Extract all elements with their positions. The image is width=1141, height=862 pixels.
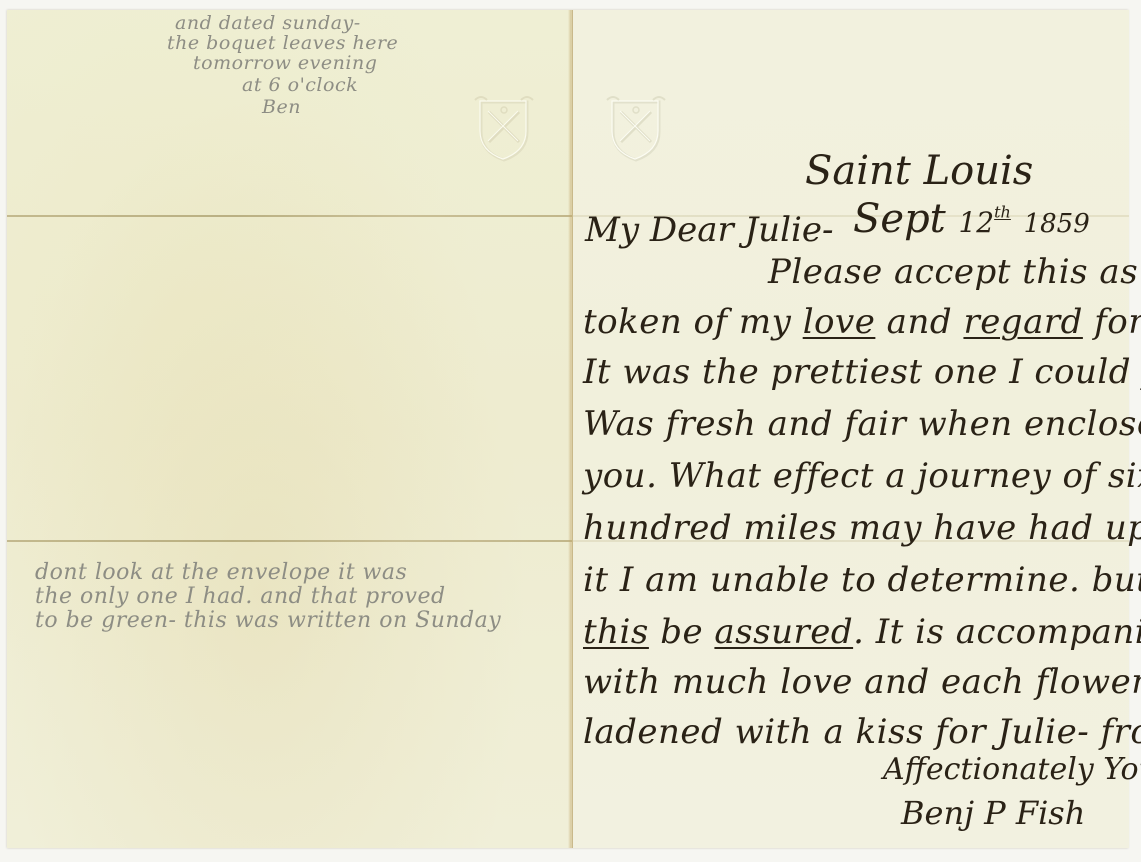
- letter-place: Saint Louis: [805, 148, 1033, 194]
- date-month: Sept: [853, 196, 946, 242]
- left-page: and dated sunday- the boquet leaves here…: [7, 10, 572, 848]
- pencil-note-line: the boquet leaves here: [167, 32, 398, 54]
- body-text: hundred miles may have had upon: [583, 508, 1141, 548]
- pencil-note-line: dont look at the envelope it was: [35, 560, 407, 585]
- underlined-word: this: [583, 612, 649, 652]
- right-page: Saint Louis My Dear Julie- Sept 12th 185…: [572, 10, 1129, 848]
- letter-salutation: My Dear Julie-: [585, 210, 833, 250]
- body-text: for you.: [1083, 302, 1141, 342]
- letter-date: Sept 12th 1859: [853, 196, 1090, 242]
- letter-body-line: Please accept this as a: [768, 252, 1141, 292]
- pencil-note-line: tomorrow evening: [193, 52, 377, 74]
- embossed-crest-icon: [473, 94, 535, 164]
- body-text: Was fresh and fair when enclosed to: [583, 404, 1141, 444]
- body-text: and: [875, 302, 963, 342]
- body-text: be: [649, 612, 715, 652]
- pencil-note-line: and dated sunday-: [175, 12, 361, 34]
- letter-body-line: hundred miles may have had upon: [583, 508, 1141, 548]
- body-text: . It is accompanied: [853, 612, 1141, 652]
- underlined-word: love: [803, 302, 876, 342]
- pencil-note-line: at 6 o'clock: [242, 74, 358, 96]
- fold-line: [7, 215, 572, 217]
- letter-body-line: token of my love and regard for you.: [583, 302, 1141, 342]
- letter-sheet: and dated sunday- the boquet leaves here…: [7, 10, 1128, 848]
- body-text: it I am unable to determine. but of: [583, 560, 1141, 600]
- letter-body-line: It was the prettiest one I could find: [583, 352, 1141, 392]
- letter-body-line: with much love and each flower is: [583, 662, 1141, 702]
- pencil-note-signature: Ben: [262, 96, 301, 118]
- body-text: you. What effect a journey of six: [583, 456, 1141, 496]
- letter-body-line: it I am unable to determine. but of: [583, 560, 1141, 600]
- letter-closing: Affectionately Yours: [883, 752, 1141, 787]
- letter-body-line: ladened with a kiss for Julie- from: [583, 712, 1141, 752]
- date-year: 1859: [1024, 209, 1090, 239]
- body-text: Please accept this as a: [768, 252, 1141, 292]
- pencil-note-line: the only one I had. and that proved: [35, 584, 446, 609]
- letter-body-line: Was fresh and fair when enclosed to: [583, 404, 1141, 444]
- date-suffix: th: [994, 203, 1011, 222]
- letter-body-line: you. What effect a journey of six: [583, 456, 1141, 496]
- letter-body-line: this be assured. It is accompanied: [583, 612, 1141, 652]
- body-text: with much love and each flower is: [583, 662, 1141, 702]
- pencil-note-line: to be green- this was written on Sunday: [35, 608, 501, 633]
- underlined-word: regard: [963, 302, 1082, 342]
- body-text: token of my: [583, 302, 803, 342]
- underlined-word: assured: [714, 612, 853, 652]
- letter-signature: Benj P Fish: [901, 794, 1085, 832]
- date-day: 12: [958, 206, 994, 239]
- fold-line: [7, 540, 572, 542]
- body-text: ladened with a kiss for Julie- from: [583, 712, 1141, 752]
- body-text: It was the prettiest one I could find: [583, 352, 1141, 392]
- embossed-crest-icon: [605, 94, 667, 164]
